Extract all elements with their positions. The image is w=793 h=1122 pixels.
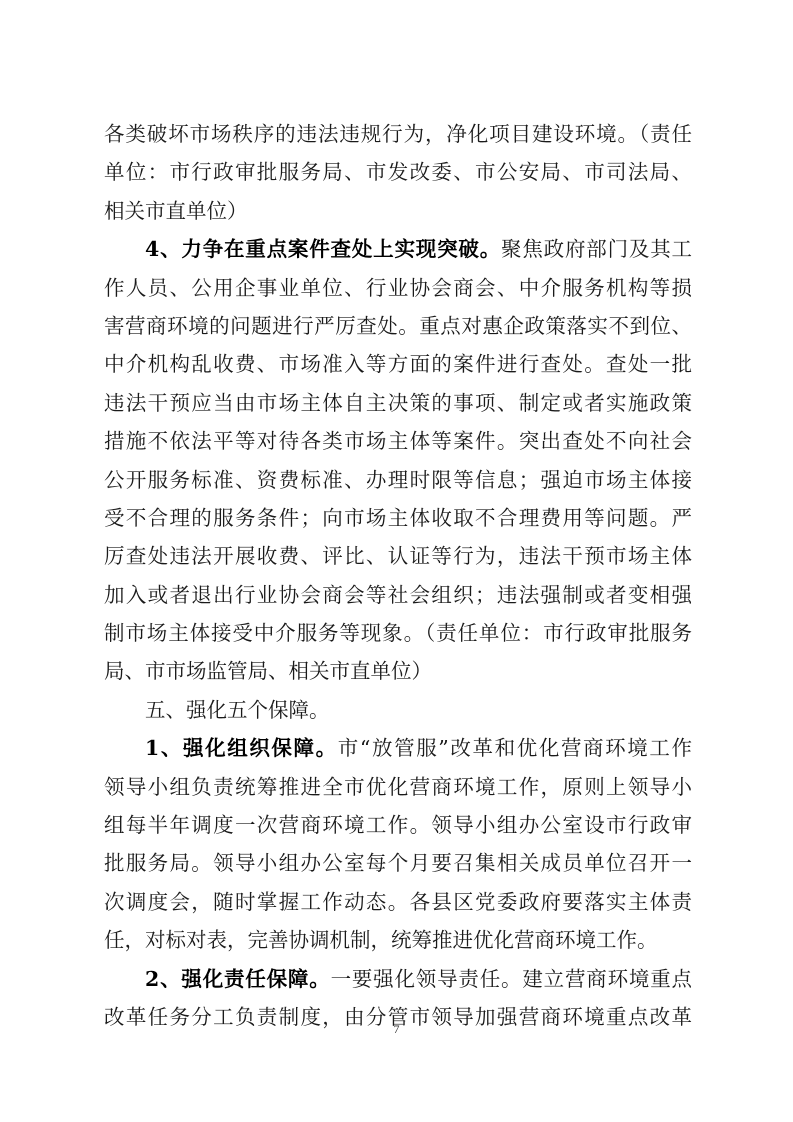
paragraph-line: 受不合理的服务条件；向市场主体收取不合理费用等问题。严 xyxy=(104,499,692,537)
paragraph-line: 单位：市行政审批服务局、市发改委、市公安局、市司法局、 xyxy=(104,153,692,191)
subsection-1-line: 1、强化组织保障。市“放管服”改革和优化营商环境工作 xyxy=(104,729,692,767)
paragraph-line: 各类破坏市场秩序的违法违规行为，净化项目建设环境。（责任 xyxy=(104,115,692,153)
page-number: 7 xyxy=(0,1022,793,1037)
subsection-4-line: 4、力争在重点案件查处上实现突破。聚焦政府部门及其工 xyxy=(104,230,692,268)
paragraph-line: 害营商环境的问题进行严厉查处。重点对惠企政策落实不到位、 xyxy=(104,307,692,345)
subsection-1-title: 1、强化组织保障。 xyxy=(145,736,338,760)
paragraph-line: 加入或者退出行业协会商会等社会组织；违法强制或者变相强 xyxy=(104,576,692,614)
section-heading: 五、强化五个保障。 xyxy=(104,691,692,729)
paragraph-line: 厉查处违法开展收费、评比、认证等行为，违法干预市场主体 xyxy=(104,537,692,575)
paragraph-line: 措施不依法平等对待各类市场主体等案件。突出查处不向社会 xyxy=(104,422,692,460)
paragraph-line: 组每半年调度一次营商环境工作。领导小组办公室设市行政审 xyxy=(104,806,692,844)
paragraph-line: 中介机构乱收费、市场准入等方面的案件进行查处。查处一批 xyxy=(104,345,692,383)
paragraph-line: 作人员、公用企事业单位、行业协会商会、中介服务机构等损 xyxy=(104,269,692,307)
subsection-4-text: 聚焦政府部门及其工 xyxy=(501,237,692,261)
subsection-2-text: 一要强化领导责任。建立营商环境重点 xyxy=(331,967,692,991)
paragraph-line: 相关市直单位） xyxy=(104,192,692,230)
document-page: 各类破坏市场秩序的违法违规行为，净化项目建设环境。（责任 单位：市行政审批服务局… xyxy=(0,0,793,1122)
subsection-4-title: 4、力争在重点案件查处上实现突破。 xyxy=(145,237,501,261)
paragraph-line: 任，对标对表，完善协调机制，统筹推进优化营商环境工作。 xyxy=(104,921,692,959)
paragraph-line: 局、市市场监管局、相关市直单位） xyxy=(104,652,692,690)
subsection-1-text: 市“放管服”改革和优化营商环境工作 xyxy=(338,736,692,760)
paragraph-line: 违法干预应当由市场主体自主决策的事项、制定或者实施政策 xyxy=(104,384,692,422)
document-body: 各类破坏市场秩序的违法违规行为，净化项目建设环境。（责任 单位：市行政审批服务局… xyxy=(104,115,692,1036)
paragraph-line: 领导小组负责统筹推进全市优化营商环境工作，原则上领导小 xyxy=(104,768,692,806)
paragraph-line: 制市场主体接受中介服务等现象。（责任单位：市行政审批服务 xyxy=(104,614,692,652)
paragraph-line: 次调度会，随时掌握工作动态。各县区党委政府要落实主体责 xyxy=(104,883,692,921)
subsection-2-title: 2、强化责任保障。 xyxy=(145,967,331,991)
paragraph-line: 公开服务标准、资费标准、办理时限等信息；强迫市场主体接 xyxy=(104,461,692,499)
paragraph-line: 批服务局。领导小组办公室每个月要召集相关成员单位召开一 xyxy=(104,844,692,882)
subsection-2-line: 2、强化责任保障。一要强化领导责任。建立营商环境重点 xyxy=(104,960,692,998)
